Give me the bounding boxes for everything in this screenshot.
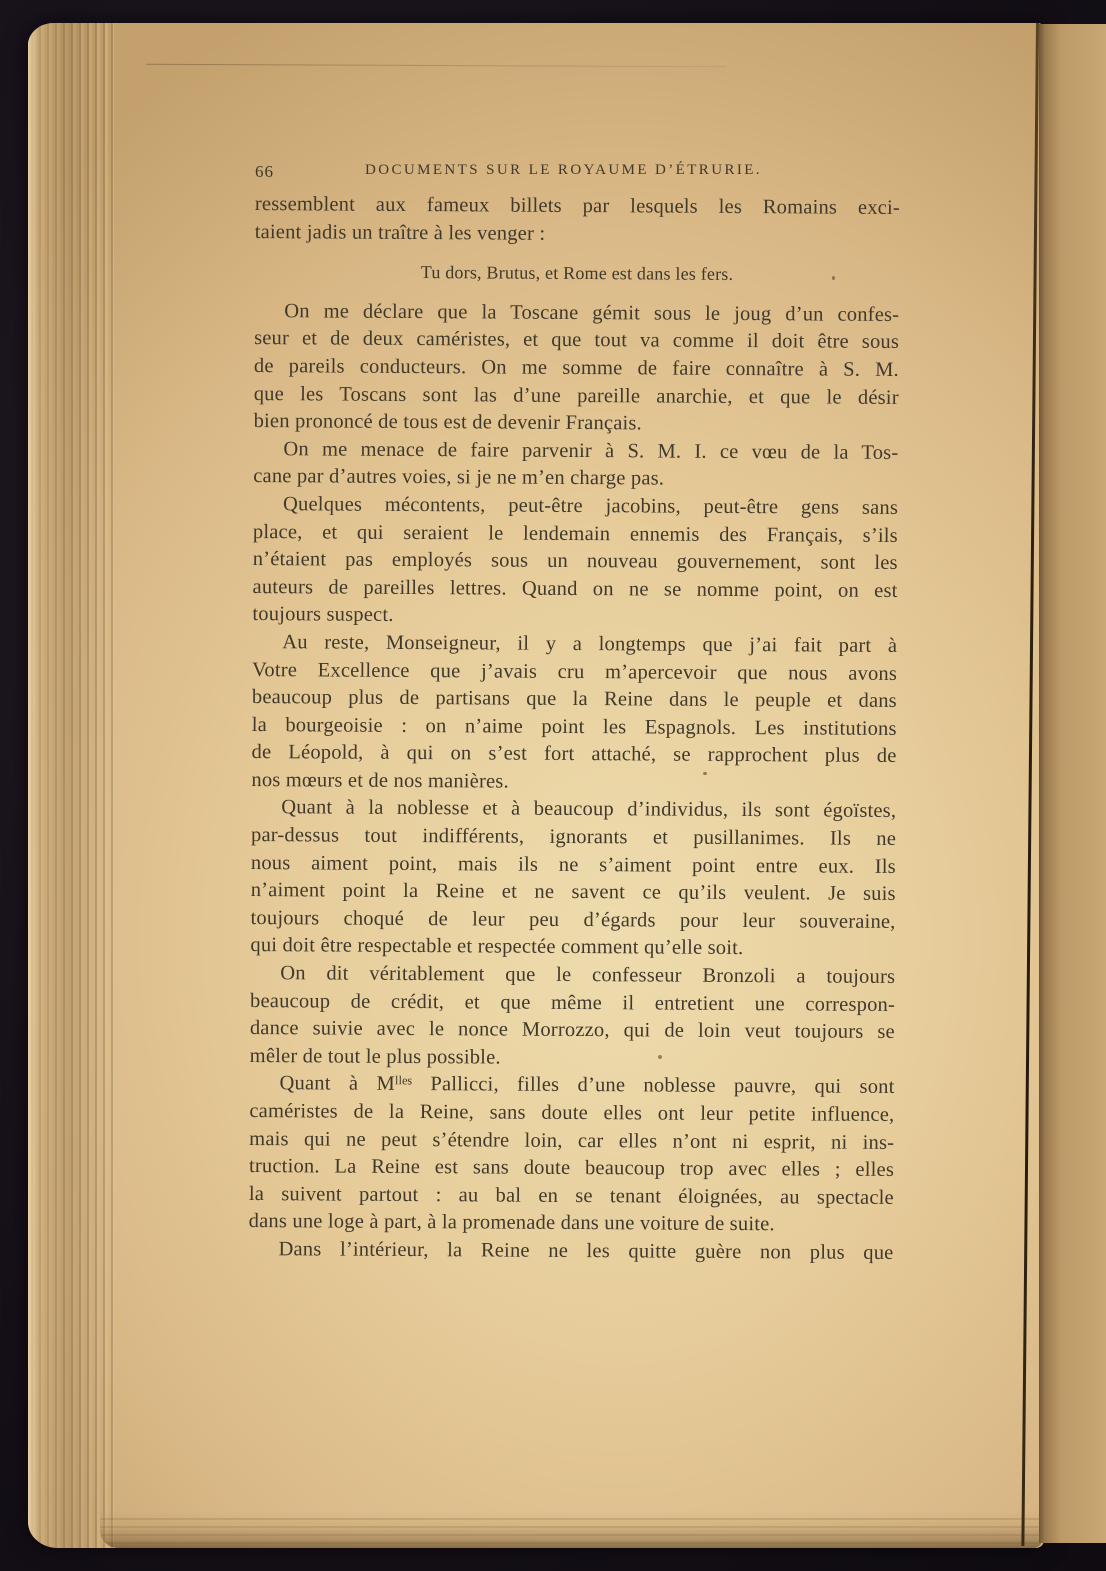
text-line: la suivent partout : au bal en se tenant… [249,1181,894,1213]
text-line: Dans l’intérieur, la Reine ne les quitte… [248,1236,893,1268]
text-line: dans une loge à part, à la promenade dan… [249,1208,894,1240]
paper-crease [146,64,726,68]
text-line: On dit véritablement que le confesseur B… [250,960,895,992]
text-line: Quelques mécontents, peut-être jacobins,… [253,491,898,523]
page-bottom-edge [100,1512,1042,1548]
paper-speck [658,1055,662,1059]
text-line: bien prononcé de tous est de devenir Fra… [254,408,899,440]
book-photo: 66 DOCUMENTS SUR LE ROYAUME D’ÉTRURIE. r… [0,0,1106,1571]
text-line: place, et qui seraient le lendemain enne… [253,519,898,551]
text-line: On me déclare que la Toscane gémit sous … [254,298,899,330]
text-line: de pareils conducteurs. On me somme de f… [254,353,899,385]
text-line: Quant à Mˡˡᵉˢ Pallicci, filles d’une nob… [249,1070,894,1102]
text-line: Votre Excellence que j’avais cru m’aperc… [252,657,897,689]
text-line: On me menace de faire parvenir à S. M. I… [253,436,898,468]
text-line: nos mœurs et de nos manières. [251,767,896,799]
text-line: dance suivie avec le nonce Morrozzo, qui… [250,1015,895,1047]
page-edge-stack [28,23,114,1548]
paper-speck [703,772,707,775]
text-line: toujours choqué de leur peu d’égards pou… [250,905,895,937]
text-line: taient jadis un traître à les venger : [255,219,900,251]
text-line: auteurs de pareilles lettres. Quand on n… [252,574,897,606]
text-line: cane par d’autres voies, si je ne m’en c… [253,463,898,495]
page-header: 66 DOCUMENTS SUR LE ROYAUME D’ÉTRURIE. [255,162,900,179]
text-line: n’aiment point la Reine et ne savent ce … [251,877,896,909]
text-line: de Léopold, à qui on s’est fort attaché,… [251,739,896,771]
page-number: 66 [255,162,274,182]
text-line: caméristes de la Reine, sans doute elles… [249,1098,894,1130]
text-line: beaucoup plus de partisans que la Reine … [252,684,897,716]
quote-line: Tu dors, Brutus, et Rome est dans les fe… [254,258,899,290]
text-line: la bourgeoisie : on n’aime point les Esp… [252,712,897,744]
text-line: Au reste, Monseigneur, il y a longtemps … [252,629,897,661]
text-line: qui doit être respectable et respectée c… [250,932,895,964]
running-title: DOCUMENTS SUR LE ROYAUME D’ÉTRURIE. [255,162,900,179]
paper-speck [832,276,835,280]
text-line: par-dessus tout indifférents, ignorants … [251,822,896,854]
text-line: nous aiment point, mais ils ne s’aiment … [251,850,896,882]
text-line: mais qui ne peut s’étendre loin, car ell… [249,1126,894,1158]
text-line: toujours suspect. [252,601,897,633]
page-text: ressemblent aux fameux billets par lesqu… [248,191,900,1267]
facing-page [1039,24,1106,1543]
text-line: truction. La Reine est sans doute beauco… [249,1153,894,1185]
text-line: seur et de deux caméristes, et que tout … [254,325,899,357]
text-line: Quant à la noblesse et à beaucoup d’indi… [251,794,896,826]
text-line: ressemblent aux fameux billets par lesqu… [255,191,900,223]
text-line: que les Toscans sont las d’une pareille … [254,381,899,413]
text-line: n’étaient pas employés sous un nouveau g… [253,546,898,578]
text-line: beaucoup de crédit, et que même il entre… [250,988,895,1020]
text-line: mêler de tout le plus possible. [250,1043,895,1075]
